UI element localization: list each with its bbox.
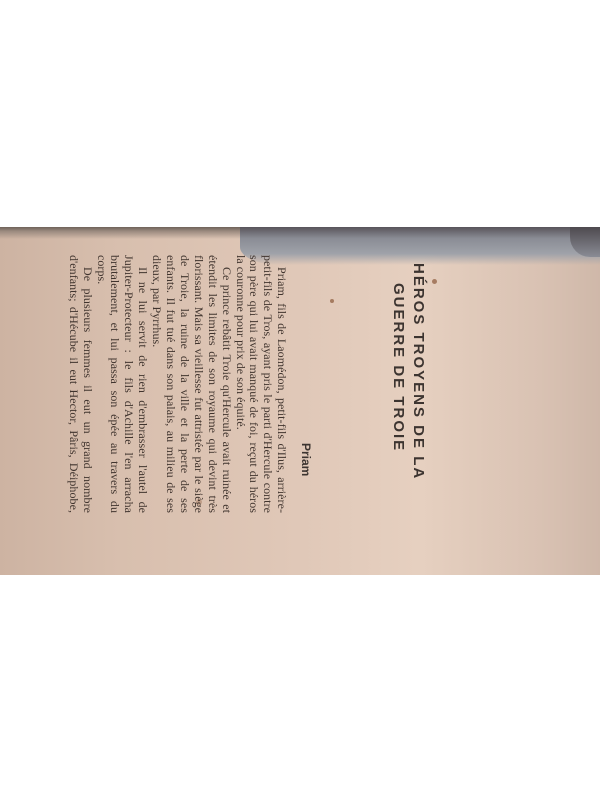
body-text-line: petit-fils de Tros, ayant pris le parti … xyxy=(260,255,275,513)
body-text-line: Jupiter-Protecteur : le fils d'Achille l… xyxy=(121,255,136,513)
section-heading: Priam xyxy=(299,443,313,476)
body-text-line: dieux, par Pyrrhus. xyxy=(149,255,164,513)
scanned-book-page: HÉROS TROYENS DE LA GUERRE DE TROIE Pria… xyxy=(0,227,600,575)
body-text-line: florissant. Mais sa vieillesse fut attri… xyxy=(191,255,206,513)
body-text-line: brutalement, et lui passa son épée au tr… xyxy=(107,255,122,513)
body-text-line: d'enfants; d'Hécube il eut Hector, Pâris… xyxy=(66,255,81,513)
rotated-page-content: HÉROS TROYENS DE LA GUERRE DE TROIE Pria… xyxy=(0,227,600,575)
body-text-line: corps. xyxy=(94,255,109,513)
body-text-line: enfants. Il fut tué dans son palais, au … xyxy=(163,255,178,513)
chapter-title-line-1: HÉROS TROYENS DE LA xyxy=(410,263,427,480)
body-text-line: Priam, fils de Laomédon, petit-fils d'Il… xyxy=(274,255,289,513)
body-text-line: Il ne lui servit de rien d'embrasser l'a… xyxy=(135,255,150,513)
body-text-line: la couronne pour prix de son équité. xyxy=(233,255,248,513)
body-text-line: son père qui lui avait manqué de foi, re… xyxy=(246,255,261,513)
body-text-line: Ce prince rebâtit Troie qu'Hercule avait… xyxy=(219,255,234,513)
body-text-line: De plusieurs femmes il eut un grand nomb… xyxy=(80,255,95,513)
body-text-line: de Troie, la ruine de la ville et la per… xyxy=(177,255,192,513)
body-text-line: étendit les limites de son royaume qui d… xyxy=(205,255,220,513)
chapter-title-line-2: GUERRE DE TROIE xyxy=(390,283,407,452)
